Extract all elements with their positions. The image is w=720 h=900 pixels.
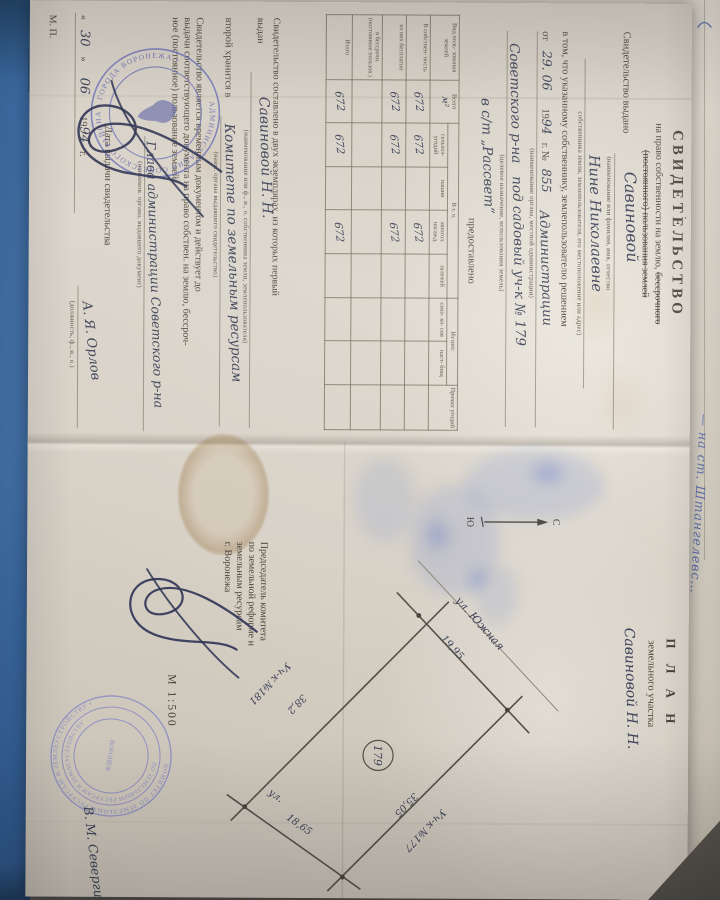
cell: 672	[326, 80, 352, 123]
owner-name-handwritten: Савиновой	[621, 171, 643, 262]
plan-page: П Л А Н земельного участка Савиновой Н. …	[25, 441, 689, 900]
cell	[405, 341, 429, 385]
cell: 672	[382, 210, 406, 254]
cell	[352, 123, 382, 167]
cell: 672	[406, 123, 430, 167]
row-label: в бессрочн. (постоянное пользов.)	[352, 15, 382, 80]
committee-stamp: КОМИТЕТ ПО ЗЕМЕЛЬНЫМ РЕСУРСАМ И ЗЕМЛЕУСТ…	[43, 688, 179, 824]
cell	[405, 298, 429, 342]
cell	[405, 385, 429, 430]
row-label: из них бесплатно	[382, 15, 406, 80]
left-side-length-label: 38,2	[285, 692, 308, 716]
official-signature-handwritten: А. Я. Орлов	[79, 300, 103, 381]
cell	[325, 385, 351, 430]
certificate-page: · СВИДЕТЕЛЬСТВО на право собственности н…	[28, 1, 692, 444]
decision-number-handwritten: 855	[539, 169, 554, 193]
cell	[352, 166, 382, 210]
certificate-title: СВИДЕТЕЛЬСТВО	[667, 4, 686, 444]
plan-owner-handwritten: Савиновой Н. Н.	[621, 627, 641, 749]
made-line-1: Свидетельство составлено в двух экземпля…	[269, 18, 282, 434]
certificate-sheet: · СВИДЕТЕЛЬСТВО на право собственности н…	[25, 1, 692, 900]
decision-line: от 29. 06 1994 г. № 855 Администрации	[536, 31, 556, 431]
th-total-unit-handwritten: м²	[440, 96, 450, 107]
th-hay: сено- ко- сов	[429, 298, 447, 342]
street-length-label: 19,95	[438, 633, 465, 662]
cell	[351, 341, 381, 385]
th-incl: В т. ч.	[447, 123, 458, 298]
th-ofthem: Из них:	[447, 298, 458, 385]
quote-open: «	[78, 15, 89, 20]
th-fallow: залежей	[429, 254, 447, 298]
cell	[406, 167, 430, 211]
bottom-side-length-label: 18,65	[284, 812, 314, 838]
owner-patronymic-handwritten: Нине Николаевне	[582, 3, 607, 443]
th-total: Всего м²	[430, 80, 459, 123]
table-row: в бессрочн. (постоянное пользов.)	[351, 15, 383, 430]
left-neighbor-label: Уч-к №181	[246, 660, 292, 707]
decision-year-handwritten: 94	[539, 119, 554, 135]
right-side-length-label: 35,05	[392, 790, 420, 818]
from-label: от	[540, 31, 551, 41]
table-row: Итого 672 672 672	[325, 15, 353, 430]
bottom-side-label: ул.	[265, 787, 285, 805]
org-handwritten: Администрации	[536, 210, 554, 326]
cell	[325, 341, 351, 385]
cell: 672	[382, 80, 406, 123]
cell	[326, 166, 352, 210]
certificate-subtitle-line1: на право собственности на землю, бессроч…	[652, 4, 665, 444]
land-table: Вид поль- зования землей Всего м² В т. ч…	[324, 14, 460, 431]
cell	[382, 167, 406, 211]
body-line: в том, что указанному собственнику, земл…	[558, 31, 571, 431]
right-neighbor-label: Уч-к №177	[401, 807, 447, 854]
society-handwritten: в с/т „Рассвет“	[477, 98, 496, 215]
row-label: Итого	[326, 15, 352, 80]
cell	[325, 297, 351, 341]
cell	[405, 254, 429, 298]
committee-block: Председатель комитета по земельной рефор…	[222, 542, 270, 647]
cell	[381, 341, 405, 385]
number-label: г. №	[539, 143, 550, 161]
year-prefix: 19	[539, 108, 550, 118]
cell: 672	[406, 210, 430, 254]
row-label: В собствен- ность	[406, 15, 430, 80]
south-label: Ю	[464, 517, 475, 527]
decision-date-handwritten: 29. 06	[540, 51, 555, 91]
cell	[381, 254, 405, 298]
photo-canvas: — на ст. Штангелевс… · СВИДЕТЕЛЬСТВО на …	[0, 0, 720, 900]
subtitle-prefix: на право собственности на землю,	[653, 123, 665, 269]
cell	[325, 254, 351, 298]
committee-line-4: г. Воронежа	[222, 542, 233, 593]
table-row: из них бесплатно 672 672 672	[381, 15, 407, 430]
purpose-handwritten: Советского р-на под садовый уч-к № 179	[506, 43, 528, 346]
committee-line-1: Председатель комитета	[258, 542, 270, 642]
th-pasture: паст- бищ	[429, 341, 447, 385]
north-label: С	[550, 519, 561, 526]
blue-ink-stain	[354, 448, 605, 625]
cell	[381, 298, 405, 342]
th-farm: сельхоз- угодий	[430, 123, 448, 167]
stamp-signature-flourish	[36, 21, 262, 252]
cell	[351, 254, 381, 298]
signoff-handwritten: В. М. Севергин	[81, 804, 108, 900]
table-row: В собствен- ность 672 672 672	[405, 15, 431, 430]
th-total-label: Всего	[450, 94, 457, 109]
th-other: Прочих угодий	[429, 385, 458, 430]
plan-title: П Л А Н	[663, 638, 678, 729]
ruled-line	[613, 154, 615, 430]
granted-label: предоставлено	[466, 218, 477, 284]
cell	[352, 210, 382, 254]
plot-number: 179	[371, 745, 384, 766]
subtitle-struck-word: бессрочного	[652, 272, 663, 325]
cell: 672	[406, 80, 430, 123]
th-perennial: многол. насажд.	[430, 210, 448, 254]
cell	[381, 385, 405, 430]
cell: 672	[326, 123, 352, 167]
plan-subtitle: земельного участка	[645, 640, 656, 727]
cell	[351, 385, 381, 430]
th-usage: Вид поль- зования землей	[430, 15, 459, 80]
crease-line	[342, 442, 344, 898]
cell	[352, 80, 382, 123]
cell: 672	[382, 123, 406, 167]
cell: 672	[326, 210, 352, 254]
caption-signature: (должность, ф., и., о.)	[68, 301, 75, 368]
cell	[351, 297, 381, 341]
scale-label: М 1:500	[165, 674, 177, 727]
committee-stamp-center: ВОРОНЕЖ	[104, 739, 116, 772]
ruled-line	[77, 286, 79, 428]
issued-label: Свидетельство выдано	[620, 32, 632, 134]
th-arable: пашни	[430, 167, 448, 211]
